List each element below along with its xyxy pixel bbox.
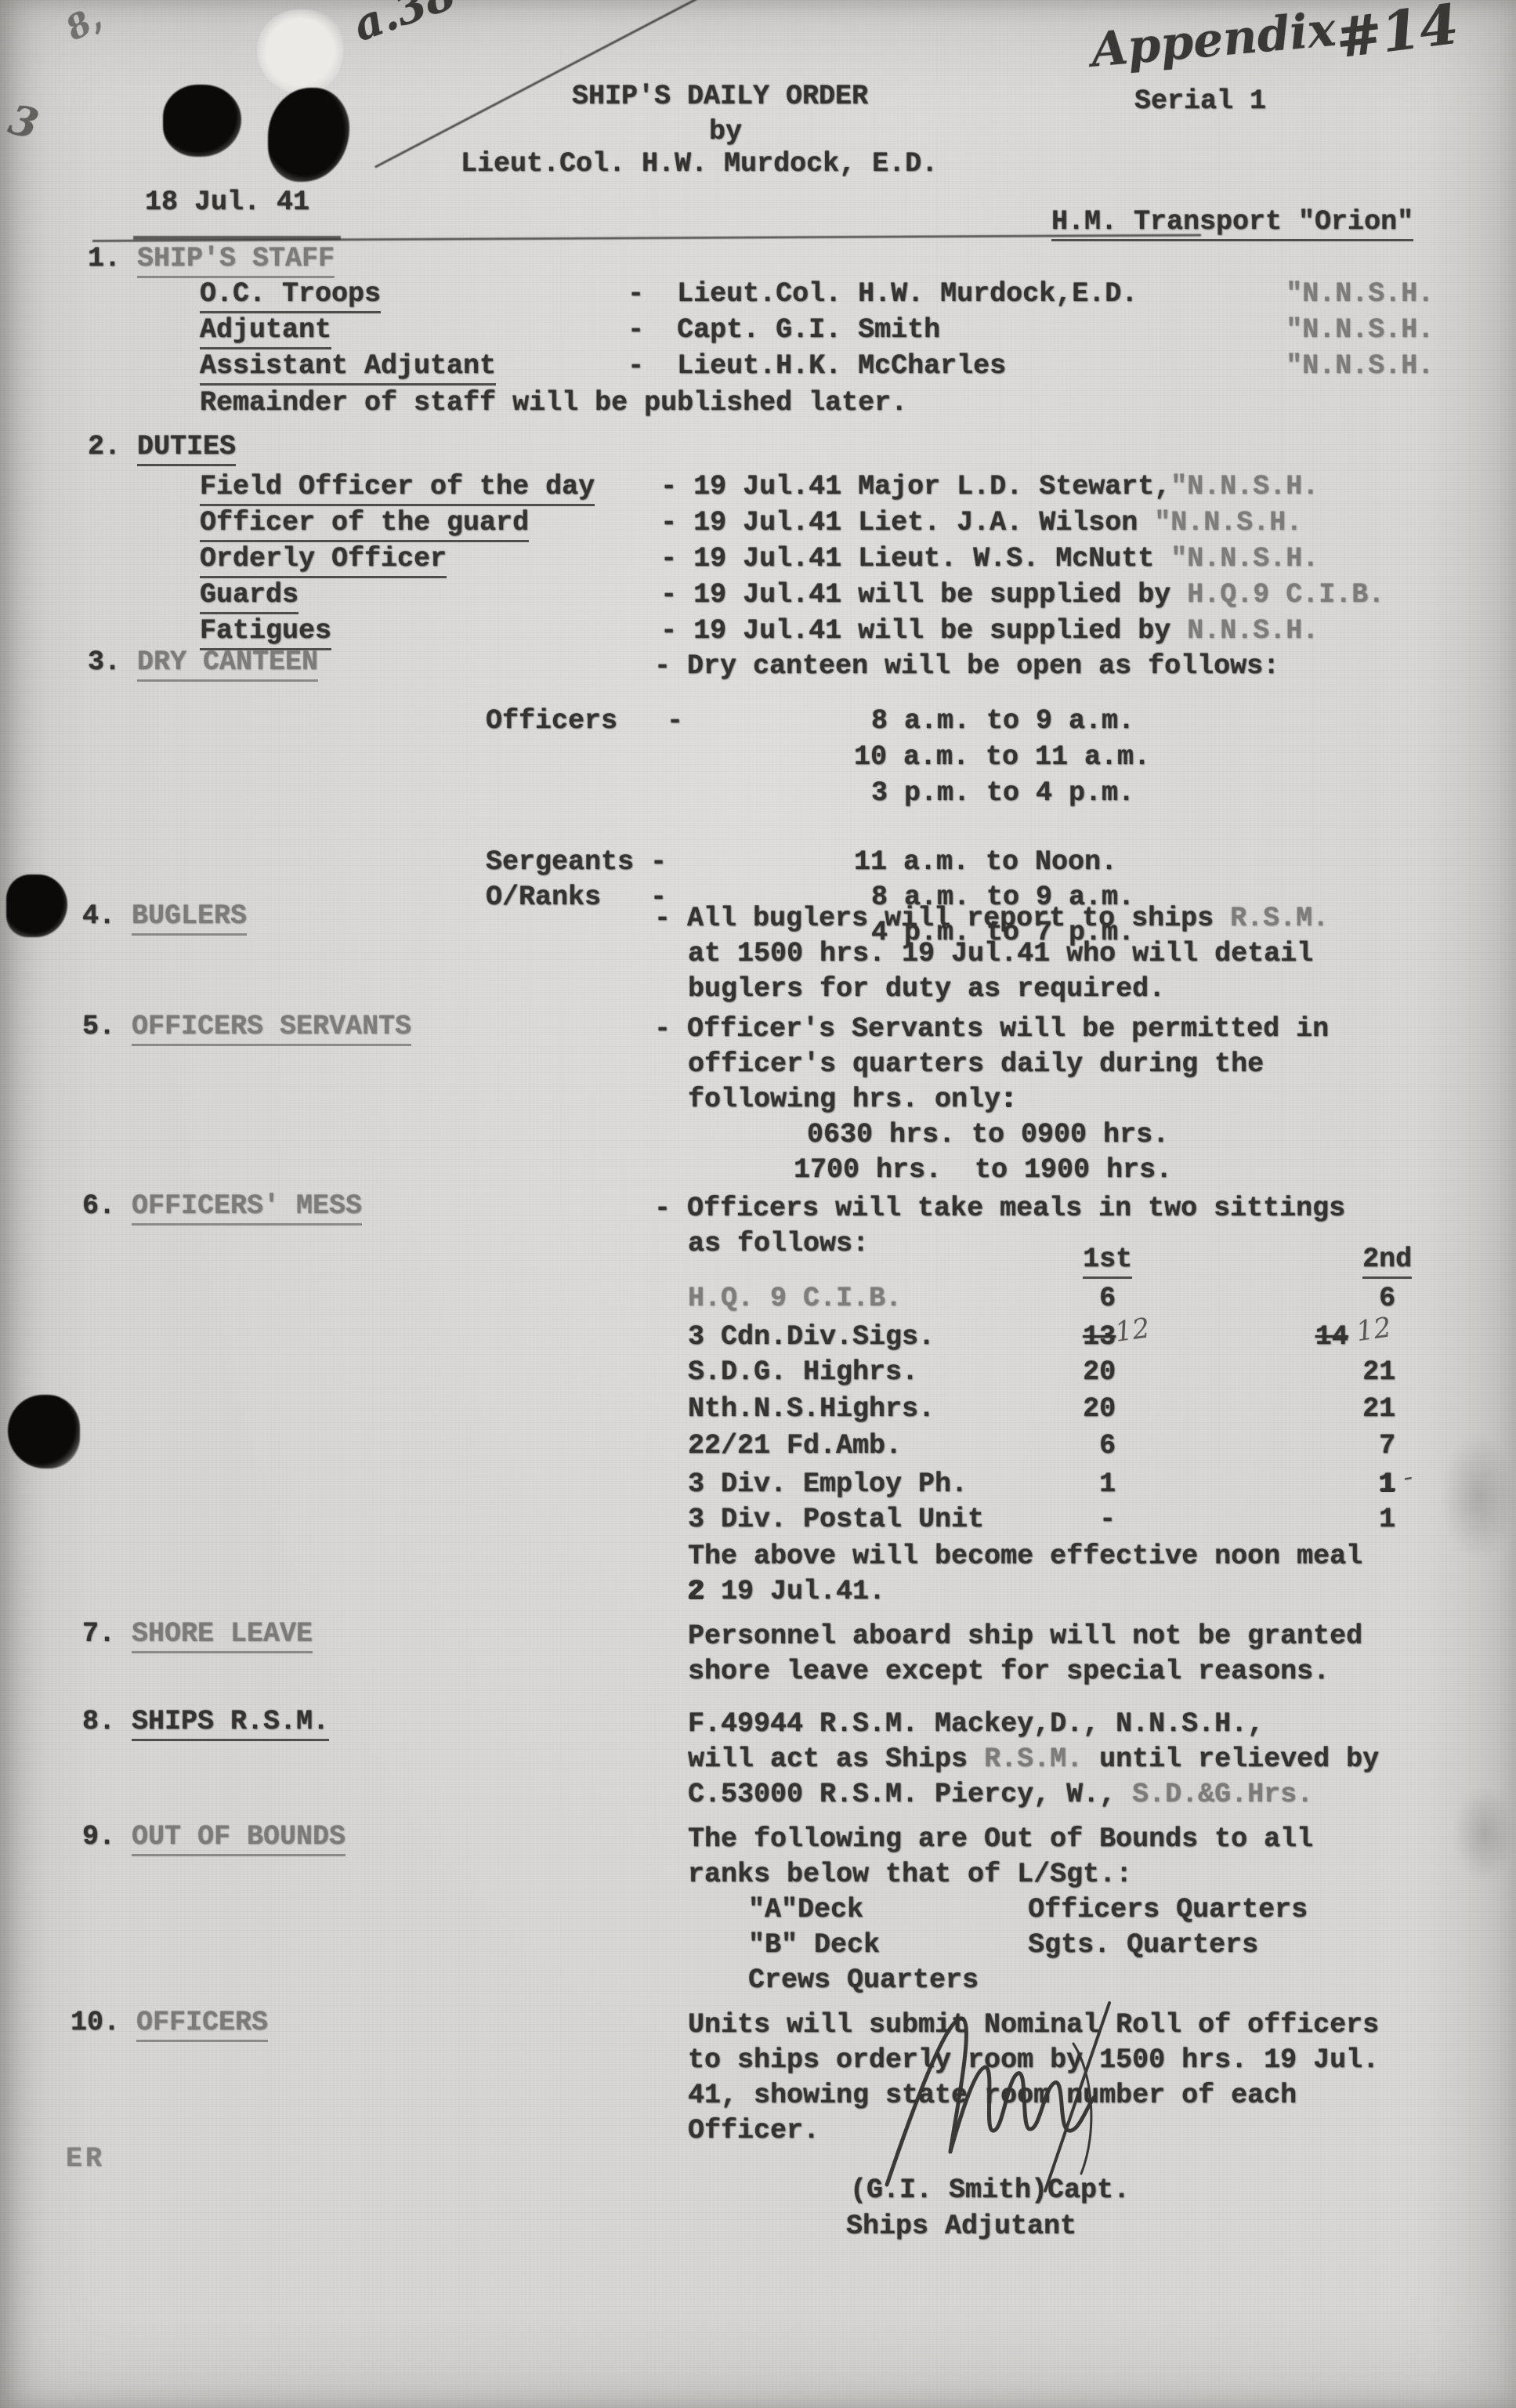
typed-text: R.S.M. <box>1230 903 1329 934</box>
typed-line: 22/21 Fd.Amb. 6 7 <box>688 1432 1395 1460</box>
typed-line: 3 p.m. to 4 p.m. <box>871 780 1134 807</box>
typed-text <box>880 1929 1028 1961</box>
typed-text: 3 Cdn.Div.Sigs. <box>688 1321 935 1352</box>
typed-text <box>1151 1321 1315 1352</box>
typed-line: Units will submit Nominal Roll of office… <box>688 2011 1379 2039</box>
typed-text: officer's quarters daily during the <box>688 1048 1264 1080</box>
typed-text: Sergeants - <box>486 846 667 878</box>
typed-text <box>902 1430 1099 1461</box>
section-2-heading: 2. DUTIES <box>88 433 236 461</box>
ink-blot <box>163 85 241 157</box>
typed-text: 1 <box>1379 1504 1395 1535</box>
typed-line: Assistant Adjutant - Lieut.H.K. McCharle… <box>200 353 1434 380</box>
typed-text: R.S.M. <box>984 1744 1083 1775</box>
typed-text: "A"Deck <box>748 1894 863 1925</box>
typed-text: 20 <box>1083 1393 1116 1425</box>
typed-text <box>918 1356 1083 1388</box>
typed-line: Orderly Officer - 19 Jul.41 Lieut. W.S. … <box>200 545 1319 573</box>
typed-text: Nth.N.S.Highrs. <box>688 1393 935 1425</box>
typed-text: Units will submit Nominal Roll of office… <box>688 2009 1379 2040</box>
typed-text: Officers Quarters <box>1028 1894 1308 1925</box>
typed-text: SHIP'S STAFF <box>137 243 335 278</box>
typed-line: - Officer's Servants will be permitted i… <box>654 1016 1329 1043</box>
typed-text <box>902 1283 1099 1314</box>
typed-text: 1. <box>88 243 137 274</box>
document-date: 18 Jul. 41 <box>145 189 309 216</box>
typed-text: 4. <box>82 900 132 932</box>
typed-text <box>863 1894 1028 1925</box>
typed-text: Officers <box>486 705 617 737</box>
typed-text: 6. <box>82 1190 132 1222</box>
typed-text: 7. <box>82 1618 132 1649</box>
typed-line: 10 a.m. to 11 a.m. <box>854 744 1150 771</box>
date-rule-heavy <box>133 236 341 240</box>
typed-text: Fatigues <box>200 615 331 650</box>
typed-text: Lieut.H.K. McCharles <box>677 350 1006 382</box>
typed-line: buglers for duty as required. <box>688 976 1165 1003</box>
typed-line: O.C. Troops - Lieut.Col. H.W. Murdock,E.… <box>200 281 1434 308</box>
typed-text: 13 <box>1083 1321 1116 1352</box>
typed-text <box>1116 1504 1379 1535</box>
typed-text: 0630 hrs. to 0900 hrs. <box>807 1119 1169 1150</box>
typed-line: Officers - <box>486 708 683 735</box>
typed-text: Remainder of staff will be published lat… <box>200 387 907 418</box>
section-10-heading: 10. OFFICERS <box>71 2009 268 2037</box>
typed-text: OUT OF BOUNDS <box>132 1821 346 1856</box>
typed-line: Nth.N.S.Highrs. 20 21 <box>688 1396 1395 1423</box>
typed-text <box>1116 1356 1362 1388</box>
section-7-heading: 7. SHORE LEAVE <box>82 1620 313 1648</box>
typed-text: H.Q. 9 C.I.B. <box>688 1283 902 1314</box>
signature-name-line: (G.I. Smith)Capt. <box>850 2177 1130 2204</box>
typed-text: - <box>331 615 693 646</box>
typed-text: "B" Deck <box>748 1929 880 1961</box>
typed-line: - All buglers will report to ships R.S.M… <box>654 905 1329 932</box>
typed-text: Field Officer of the day <box>200 471 595 506</box>
scanned-document-page: SHIP'S DAILY ORDER Serial 1 by Lieut.Col… <box>0 0 1516 2408</box>
typed-text: SHORE LEAVE <box>132 1618 313 1653</box>
typed-text: 3. <box>88 646 137 678</box>
typed-line: Fatigues - 19 Jul.41 will be supplied by… <box>200 617 1319 645</box>
typed-line: Sergeants - <box>486 849 667 876</box>
ink-blot <box>8 1395 80 1468</box>
typed-line: to ships orderly room by 1500 hrs. 19 Ju… <box>688 2047 1379 2074</box>
section-1-heading: 1. SHIP'S STAFF <box>88 245 335 273</box>
typed-text: - Officer's Servants will be permitted i… <box>654 1013 1329 1045</box>
typed-line: 3 Cdn.Div.Sigs. 1312 14 12 <box>688 1322 1391 1351</box>
typed-text: S.D.G. Highrs. <box>688 1356 918 1388</box>
typed-text: C.53000 R.S.M. Piercy, W., <box>688 1779 1132 1810</box>
typed-text: 19 Jul.41 Liet. J.A. Wilson <box>693 507 1154 538</box>
typed-text: - <box>447 543 693 574</box>
typed-line: ranks below that of L/Sgt.: <box>688 1861 1132 1888</box>
typed-text: - <box>381 278 677 310</box>
typed-text: will act as Ships <box>688 1744 984 1775</box>
typed-line: 11 a.m. to Noon. <box>854 849 1117 876</box>
typed-text: 14 <box>1315 1321 1348 1352</box>
typed-text: 7 <box>1379 1430 1395 1461</box>
typed-text <box>935 1321 1083 1352</box>
typed-text: Sgts. Quarters <box>1028 1929 1258 1961</box>
typed-line: F.49944 R.S.M. Mackey,D., N.N.S.H., <box>688 1711 1264 1738</box>
typed-text: buglers for duty as required. <box>688 973 1165 1005</box>
typed-text <box>1116 1393 1362 1425</box>
typed-line: H.Q. 9 C.I.B. 6 6 <box>688 1285 1395 1313</box>
typed-line: officer's quarters daily during the <box>688 1051 1264 1078</box>
pencil-number-3: 3 <box>4 96 43 149</box>
typed-line: Officer of the guard - 19 Jul.41 Liet. J… <box>200 509 1302 537</box>
typed-line: "A"Deck Officers Quarters <box>748 1896 1308 1924</box>
typed-text: Adjutant <box>200 314 331 349</box>
typed-text: "N.N.S.H. <box>1286 278 1434 310</box>
typed-text: 8. <box>82 1706 132 1737</box>
typed-line: 41, showing state room number of each <box>688 2082 1297 2109</box>
typed-text: Lieut.Col. H.W. Murdock,E.D. <box>677 278 1138 310</box>
typed-text: 19 Jul.41 will be supplied by <box>693 615 1187 646</box>
typed-text: H.Q.9 C.I.B. <box>1187 579 1384 610</box>
typed-text <box>1116 1430 1379 1461</box>
typed-text: 8 a.m. to 9 a.m. <box>871 705 1134 737</box>
typed-line: will act as Ships R.S.M. until relieved … <box>688 1746 1379 1773</box>
corner-initials: ER <box>66 2145 105 2173</box>
typed-text <box>1132 1244 1362 1275</box>
typed-line: Personnel aboard ship will not be grante… <box>688 1623 1362 1650</box>
typed-line: shore leave except for special reasons. <box>688 1658 1330 1686</box>
typed-text: - <box>617 705 683 737</box>
appendix-label-handwriting: Appendix <box>1089 2 1338 78</box>
typed-text: Ships Adjutant <box>846 2211 1076 2242</box>
typed-text: "N.N.S.H. <box>1170 471 1319 502</box>
section-8-heading: 8. SHIPS R.S.M. <box>82 1708 329 1736</box>
appendix-number-handwriting: #14 <box>1332 0 1461 71</box>
typed-text: - Dry canteen will be open as follows: <box>654 650 1279 682</box>
typed-text: - All buglers will report to ships <box>654 903 1230 934</box>
typed-text: S.D.&G.Hrs. <box>1132 1779 1313 1810</box>
section-4-heading: 4. BUGLERS <box>82 903 247 930</box>
typed-text: "N.N.S.H. <box>1170 543 1319 574</box>
typed-line: 0630 hrs. to 0900 hrs. <box>807 1121 1169 1149</box>
typed-text: 10. <box>71 2007 136 2038</box>
typed-text: - <box>529 507 693 538</box>
typed-text: Orderly Officer <box>200 543 447 578</box>
typed-line: Crews Quarters <box>748 1967 979 1994</box>
typed-text: 2. <box>88 431 137 462</box>
typed-text: 2nd <box>1362 1244 1412 1279</box>
typed-text: Personnel aboard ship will not be grante… <box>688 1620 1362 1652</box>
typed-line: O/Ranks - <box>486 884 667 911</box>
typed-text <box>940 314 1286 346</box>
typed-text: 1 <box>1379 1468 1395 1500</box>
typed-text: 21 <box>1362 1356 1395 1388</box>
handwritten-correction: 12 <box>1346 1314 1393 1347</box>
typed-text: : <box>1000 1084 1017 1115</box>
typed-text: - Officers will take meals in two sittin… <box>654 1193 1345 1224</box>
document-title: SHIP'S DAILY ORDER <box>572 83 868 110</box>
section-3-heading: 3. DRY CANTEEN <box>88 649 318 676</box>
typed-text: at 1500 hrs. 19 Jul.41 who will detail <box>688 938 1313 969</box>
typed-text: - <box>496 350 677 382</box>
typed-line: 1700 hrs. to 1900 hrs. <box>794 1157 1172 1184</box>
typed-text: 3 Div. Postal Unit <box>688 1504 984 1535</box>
handwritten-correction: - <box>1393 1464 1415 1494</box>
ink-blot <box>268 88 349 182</box>
paper-patch <box>257 9 343 94</box>
typed-line: 3 Div. Employ Ph. 1 1 - <box>688 1469 1413 1498</box>
typed-text <box>688 1244 1083 1275</box>
typed-line: Officer. <box>688 2117 820 2145</box>
handwritten-correction: 12 <box>1113 1315 1152 1347</box>
section-5-heading: 5. OFFICERS SERVANTS <box>82 1013 411 1041</box>
typed-text: The following are Out of Bounds to all <box>688 1823 1313 1855</box>
typed-text: BUGLERS <box>132 900 247 936</box>
typed-line: "B" Deck Sgts. Quarters <box>748 1932 1258 1959</box>
typed-text: ranks below that of L/Sgt.: <box>688 1859 1132 1890</box>
typed-text: F.49944 R.S.M. Mackey,D., N.N.S.H., <box>688 1708 1264 1740</box>
typed-text: Officer of the guard <box>200 507 529 542</box>
typed-text: The above will become effective noon mea… <box>688 1541 1362 1572</box>
ink-blot <box>6 874 67 937</box>
author-line: Lieut.Col. H.W. Murdock, E.D. <box>461 150 938 178</box>
typed-text: 6 <box>1379 1283 1395 1314</box>
typed-text: O/Ranks <box>486 882 601 913</box>
typed-text: DUTIES <box>137 431 236 466</box>
byline: by <box>709 118 742 146</box>
typed-text: 19 Jul.41 Major L.D. Stewart, <box>693 471 1170 502</box>
typed-line: 2 19 Jul.41. <box>688 1578 885 1606</box>
typed-line: C.53000 R.S.M. Piercy, W., S.D.&G.Hrs. <box>688 1781 1313 1809</box>
typed-text: following hrs. only <box>688 1084 1000 1115</box>
typed-text <box>1116 1468 1379 1500</box>
typed-text: 11 a.m. to Noon. <box>854 846 1117 878</box>
typed-line: 1st 2nd <box>688 1246 1412 1273</box>
typed-line: - Dry canteen will be open as follows: <box>654 653 1279 680</box>
typed-text: OFFICERS SERVANTS <box>132 1011 411 1046</box>
typed-line: at 1500 hrs. 19 Jul.41 who will detail <box>688 940 1313 968</box>
typed-text: 20 <box>1083 1356 1116 1388</box>
typed-text: - <box>331 314 677 346</box>
typed-text: 1st <box>1083 1244 1132 1279</box>
typed-text: 22/21 Fd.Amb. <box>688 1430 902 1461</box>
typed-text: Capt. G.I. Smith <box>677 314 940 346</box>
typed-text: O.C. Troops <box>200 278 381 313</box>
signature-role-line: Ships Adjutant <box>846 2213 1076 2240</box>
typed-text <box>1138 278 1286 310</box>
typed-text: Officer. <box>688 2115 820 2146</box>
typed-text: 6 <box>1099 1430 1116 1461</box>
typed-line: 8 a.m. to 9 a.m. <box>871 708 1134 735</box>
typed-line: Remainder of staff will be published lat… <box>200 389 907 417</box>
typed-text: 41, showing state room number of each <box>688 2080 1297 2111</box>
typed-line: 3 Div. Postal Unit - 1 <box>688 1506 1395 1534</box>
typed-text: "N.N.S.H. <box>1286 350 1434 382</box>
typed-text <box>984 1504 1099 1535</box>
typed-text <box>1116 1283 1379 1314</box>
typed-text: 21 <box>1362 1393 1395 1425</box>
typed-text: - <box>595 471 693 502</box>
typed-text: N.N.S.H. <box>1187 615 1319 646</box>
typed-line: The following are Out of Bounds to all <box>688 1826 1313 1853</box>
typed-text: 1700 hrs. to 1900 hrs. <box>794 1154 1172 1186</box>
typed-text: shore leave except for special reasons. <box>688 1656 1330 1687</box>
typed-line: Field Officer of the day - 19 Jul.41 Maj… <box>200 473 1319 501</box>
typed-text: - <box>1099 1504 1116 1535</box>
typed-text: Crews Quarters <box>748 1964 979 1996</box>
typed-text: "N.N.S.H. <box>1286 314 1434 346</box>
typed-line: Guards - 19 Jul.41 will be supplied by H… <box>200 581 1384 609</box>
typed-text: Guards <box>200 579 298 614</box>
serial-number: Serial 1 <box>1134 88 1266 115</box>
typed-text: (G.I. Smith)Capt. <box>850 2174 1130 2206</box>
smudge <box>1442 1434 1516 1559</box>
smudge <box>1453 1787 1516 1881</box>
typed-text: 10 a.m. to 11 a.m. <box>854 741 1150 773</box>
typed-text: OFFICERS <box>136 2007 268 2042</box>
typed-line: Adjutant - Capt. G.I. Smith "N.N.S.H. <box>200 317 1434 344</box>
typed-text: until relieved by <box>1083 1744 1379 1775</box>
typed-text: DRY CANTEEN <box>137 646 318 682</box>
typed-line: S.D.G. Highrs. 20 21 <box>688 1359 1395 1386</box>
typed-text: 3 Div. Employ Ph. <box>688 1468 968 1500</box>
typed-text: to ships orderly room by 1500 hrs. 19 Ju… <box>688 2044 1379 2076</box>
typed-line: The above will become effective noon mea… <box>688 1543 1362 1570</box>
typed-text: SHIPS R.S.M. <box>132 1706 329 1741</box>
typed-text: 19 Jul.41 will be supplied by <box>693 579 1187 610</box>
typed-text <box>968 1468 1099 1500</box>
typed-text: 19 Jul.41 Lieut. W.S. McNutt <box>693 543 1170 574</box>
typed-text: - <box>298 579 693 610</box>
typed-text: 6 <box>1099 1283 1116 1314</box>
typed-text: 1 <box>1099 1468 1116 1500</box>
typed-text: 5. <box>82 1011 132 1042</box>
typed-text: 3 p.m. to 4 p.m. <box>871 777 1134 809</box>
typed-text: "N.N.S.H. <box>1154 507 1302 538</box>
typed-text: OFFICERS' MESS <box>132 1190 362 1226</box>
section-9-heading: 9. OUT OF BOUNDS <box>82 1823 346 1851</box>
pencil-scribble: 8, <box>60 0 108 48</box>
file-mark-handwriting: a.38 <box>346 0 462 52</box>
typed-text: Assistant Adjutant <box>200 350 496 386</box>
typed-text: 9. <box>82 1821 132 1852</box>
typed-line: following hrs. only: <box>688 1086 1017 1113</box>
typed-line: - Officers will take meals in two sittin… <box>654 1195 1345 1222</box>
typed-text: 19 Jul.41. <box>704 1576 885 1607</box>
section-6-heading: 6. OFFICERS' MESS <box>82 1193 362 1220</box>
typed-text: 2 <box>688 1576 704 1607</box>
typed-text <box>1006 350 1286 382</box>
typed-text <box>935 1393 1083 1425</box>
